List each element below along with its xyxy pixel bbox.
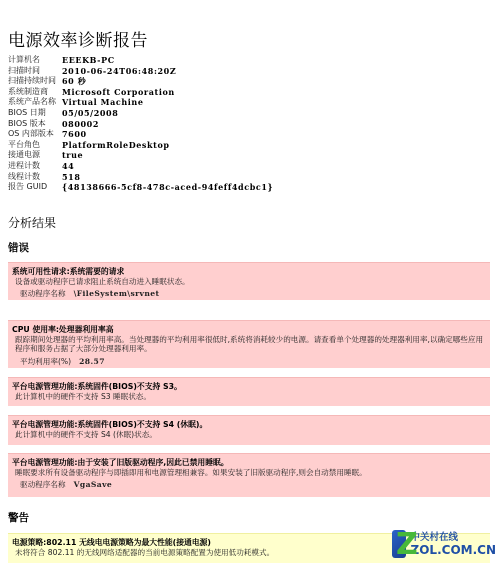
info-row-scan-time: 扫描时间2010-06-24T06:48:20Z <box>8 66 273 77</box>
info-row-product-name: 系统产品名称Virtual Machine <box>8 97 273 108</box>
system-info-table: 计算机名EEEKB-PC 扫描时间2010-06-24T06:48:20Z 扫描… <box>8 55 273 193</box>
watermark-en-text: ZOL.COM.CN <box>411 544 496 556</box>
info-row-thread-count: 线程计数518 <box>8 172 273 183</box>
error-item: 系统可用性请求:系统需要的请求 设备或驱动程序已请求阻止系统自动进入睡眠状态。 … <box>8 262 490 300</box>
error-detail: 平均利用率(%)28.57 <box>12 357 486 367</box>
zol-watermark-logo: 中关村在线 ZOL.COM.CN <box>392 526 496 562</box>
error-description: 此计算机中的硬件不支持 S3 睡眠状态。 <box>12 392 486 402</box>
error-title: CPU 使用率:处理器利用率高 <box>12 325 486 335</box>
error-item: 平台电源管理功能:系统固件(BIOS)不支持 S3。 此计算机中的硬件不支持 S… <box>8 377 490 406</box>
info-row-process-count: 进程计数44 <box>8 161 273 172</box>
info-row-manufacturer: 系统制造商Microsoft Corporation <box>8 87 273 98</box>
zol-logo-icon <box>392 530 406 558</box>
error-description: 设备或驱动程序已请求阻止系统自动进入睡眠状态。 <box>12 277 486 287</box>
info-row-ac-power: 接通电源true <box>8 150 273 161</box>
error-description: 跟踪期间处理器的平均利用率高。当处理器的平均利用率很低时,系统将消耗较少的电源。… <box>12 335 486 354</box>
info-row-scan-duration: 扫描持续时间60 秒 <box>8 76 273 87</box>
info-row-bios-date: BIOS 日期05/05/2008 <box>8 108 273 119</box>
info-row-bios-version: BIOS 版本080002 <box>8 119 273 130</box>
error-description: 睡眠要求所有设备驱动程序与即插即用和电源管理相兼容。如果安装了旧版驱动程序,则会… <box>12 468 486 478</box>
error-item: 平台电源管理功能:由于安装了旧版驱动程序,因此已禁用睡眠。 睡眠要求所有设备驱动… <box>8 453 490 497</box>
error-item: CPU 使用率:处理器利用率高 跟踪期间处理器的平均利用率高。当处理器的平均利用… <box>8 320 490 368</box>
error-title: 平台电源管理功能:系统固件(BIOS)不支持 S3。 <box>12 382 486 392</box>
error-title: 平台电源管理功能:由于安装了旧版驱动程序,因此已禁用睡眠。 <box>12 458 486 468</box>
error-detail: 驱动程序名称\FileSystem\srvnet <box>12 289 486 299</box>
errors-heading: 错误 <box>8 240 29 255</box>
info-row-os-build: OS 内部版本7600 <box>8 129 273 140</box>
error-detail: 驱动程序名称VgaSave <box>12 480 486 490</box>
error-item: 平台电源管理功能:系统固件(BIOS)不支持 S4 (休眠)。 此计算机中的硬件… <box>8 415 490 445</box>
error-title: 系统可用性请求:系统需要的请求 <box>12 267 486 277</box>
error-description: 此计算机中的硬件不支持 S4 (休眠)状态。 <box>12 430 486 440</box>
warnings-heading: 警告 <box>8 510 29 525</box>
page-title: 电源效率诊断报告 <box>8 26 148 51</box>
error-title: 平台电源管理功能:系统固件(BIOS)不支持 S4 (休眠)。 <box>12 420 486 430</box>
info-row-report-guid: 报告 GUID{48138666-5cf8-478c-aced-94feff4d… <box>8 182 273 193</box>
analysis-heading: 分析结果 <box>8 214 56 231</box>
info-row-platform-role: 平台角色PlatformRoleDesktop <box>8 140 273 151</box>
info-row-computer-name: 计算机名EEEKB-PC <box>8 55 273 66</box>
